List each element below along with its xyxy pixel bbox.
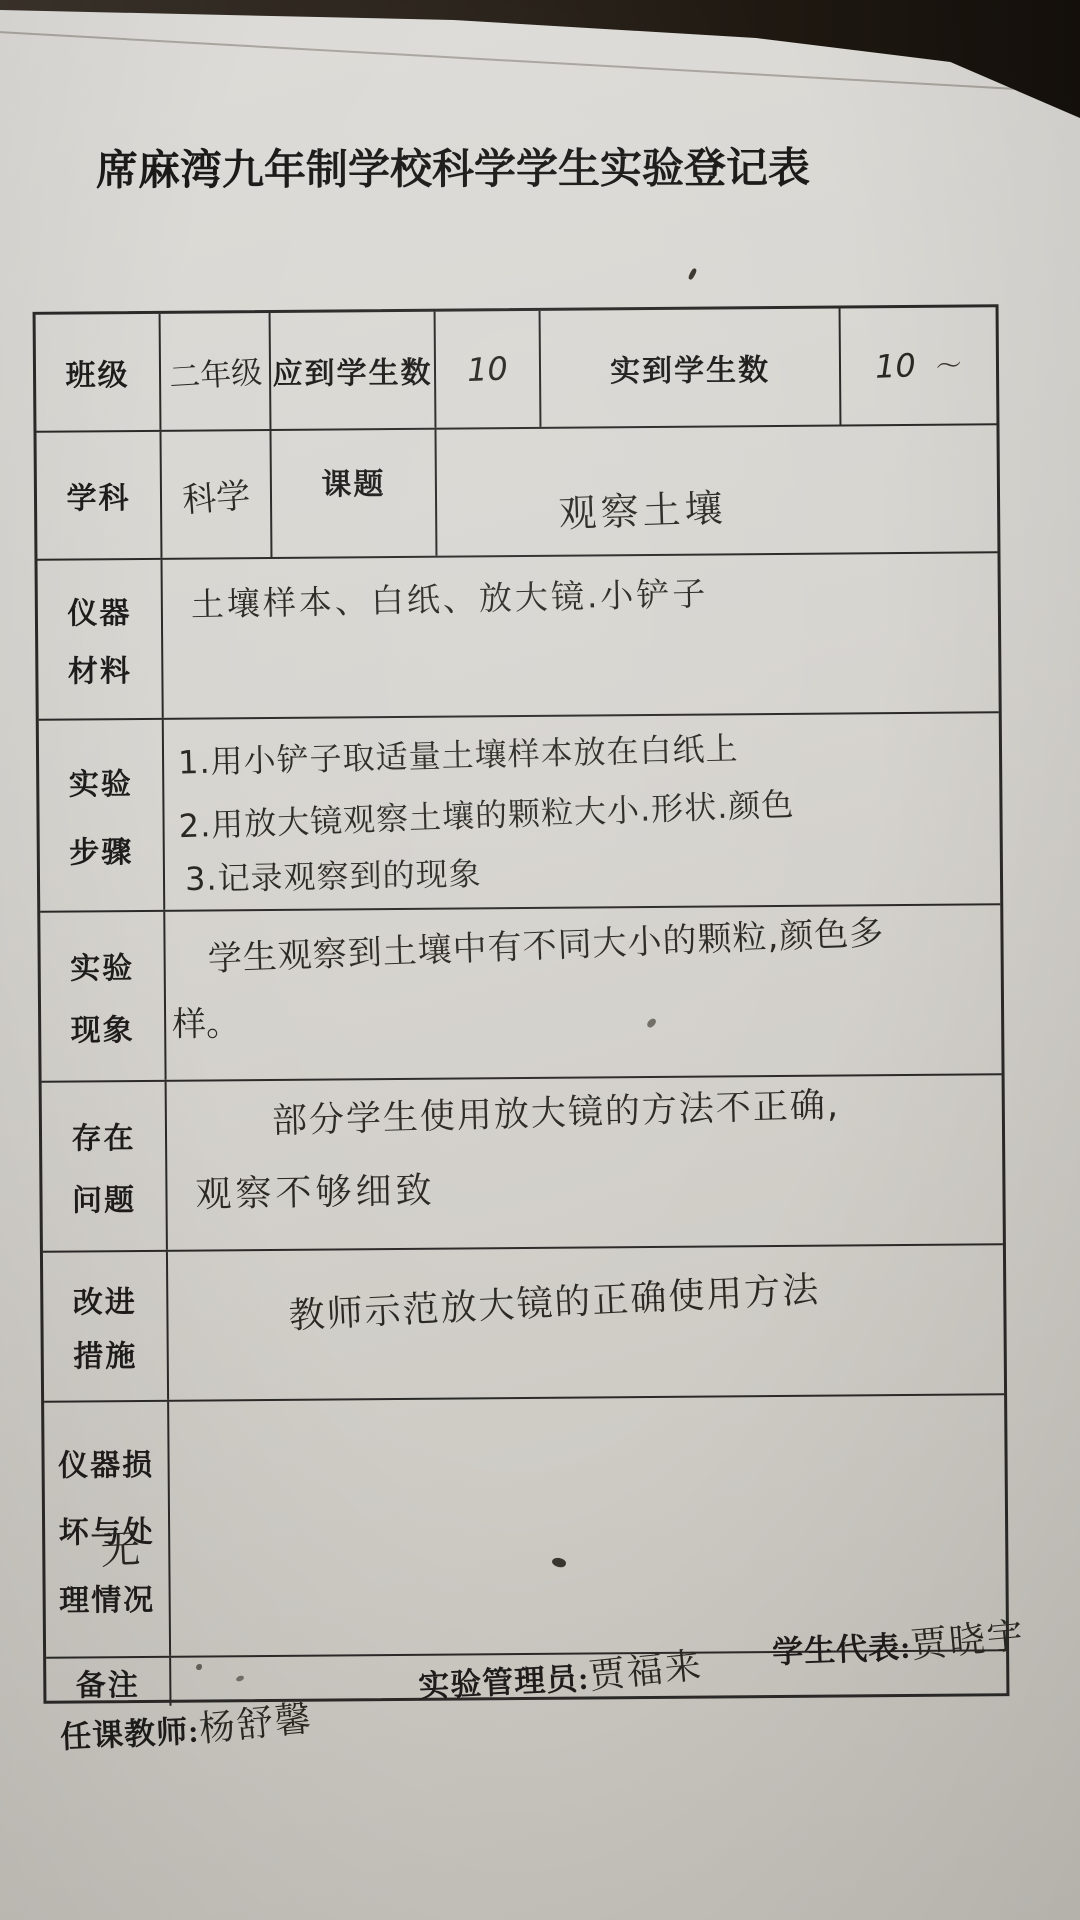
steps-value-cell: 1.用小铲子取适量土壤样本放在白纸上 2.用放大镜观察土壤的颗粒大小.形状.颜色… [164,713,1000,910]
actual-students-label-cell: 实到学生数 [541,308,842,426]
remarks-label: 备注 [76,1660,140,1705]
topic-value-cell: 观察土壤 [436,425,997,555]
class-value-handwriting: 二年级 [167,346,263,397]
student-representative-signature: 学生代表:贾晓宇 [771,1613,1026,1674]
subject-value-handwriting: 科学 [180,467,252,521]
teacher-label: 任课教师: [60,1713,201,1754]
ink-speck [687,268,697,281]
row-materials: 仪器 材料 土壤样本、白纸、放大镜.小铲子 [38,553,999,721]
phenomena-line1: 学生观察到土壤中有不同大小的颗粒,颜色多 [165,905,885,982]
row-steps: 实验 步骤 1.用小铲子取适量土壤样本放在白纸上 2.用放大镜观察土壤的颗粒大小… [39,713,1000,913]
student-representative-name-handwriting: 贾晓宇 [909,1607,1027,1668]
problems-value-cell: 部分学生使用放大镜的方法不正确, 观察不够细致 [167,1075,1003,1250]
step-3: 3.记录观察到的现象 [178,844,482,910]
topic-label: 课题 [321,459,385,504]
actual-students-label: 实到学生数 [610,345,770,390]
materials-label-cell: 仪器 材料 [38,560,164,719]
student-representative-label: 学生代表: [772,1630,913,1670]
subject-value-cell: 科学 [161,431,272,558]
teacher-name-handwriting: 杨舒馨 [197,1690,315,1752]
lab-manager-name-handwriting: 贾福来 [587,1637,706,1699]
lab-manager-label: 实验管理员: [418,1661,591,1704]
improvements-value-cell: 教师示范放大镜的正确使用方法 [168,1245,1004,1400]
problems-label-line2: 问题 [72,1175,136,1220]
phenomena-label-line2: 现象 [70,1005,134,1050]
expected-students-value-cell: 10 [436,311,542,428]
remarks-label-cell: 备注 [46,1658,171,1707]
materials-value-handwriting: 土壤样本、白纸、放大镜.小铲子 [190,568,708,626]
expected-students-label: 应到学生数 [272,348,432,393]
materials-label-line1: 仪器 [67,588,131,633]
damage-label-line3: 理情况 [59,1574,155,1619]
actual-students-value: 10 [874,346,916,386]
teacher-signature: 任课教师:杨舒馨 [59,1696,314,1758]
row-phenomena: 实验 现象 学生观察到土壤中有不同大小的颗粒,颜色多 样。 [40,905,1001,1083]
damage-value-cell: 无 [169,1395,1006,1656]
improvements-label-cell: 改进 措施 [43,1252,169,1401]
row-improvements: 改进 措施 教师示范放大镜的正确使用方法 [43,1245,1004,1403]
actual-students-value-cell: 10 〜 [841,307,997,424]
subject-label: 学科 [66,473,130,518]
row-problems: 存在 问题 部分学生使用放大镜的方法不正确, 观察不够细致 [42,1075,1003,1253]
class-label: 班级 [65,350,129,395]
pen-squiggle-mark: 〜 [933,343,964,383]
expected-students-label-cell: 应到学生数 [271,312,437,429]
improvements-value-handwriting: 教师示范放大镜的正确使用方法 [287,1262,821,1339]
improvements-label-line1: 改进 [73,1277,137,1322]
damage-label-line1: 仪器损 [58,1439,154,1484]
topic-value-handwriting: 观察土壤 [558,477,728,538]
phenomena-line2: 样。 [166,996,240,1046]
phenomena-value-cell: 学生观察到土壤中有不同大小的颗粒,颜色多 样。 [165,905,1001,1080]
materials-label-line2: 材料 [68,646,132,691]
paper-sheet: 席麻湾九年制学校科学学生实验登记表 班级 二年级 应到学生数 10 实到学生数 … [0,0,1080,1920]
row-class: 班级 二年级 应到学生数 10 实到学生数 10 〜 [36,307,997,433]
phenomena-label-cell: 实验 现象 [40,912,166,1081]
experiment-table: 班级 二年级 应到学生数 10 实到学生数 10 〜 学科 [33,304,1010,1704]
damage-value-handwriting: 无 [99,1517,141,1576]
class-label-cell: 班级 [36,314,162,431]
problems-line1: 部分学生使用放大镜的方法不正确, [166,1077,840,1146]
class-value-cell: 二年级 [161,313,272,430]
steps-label-cell: 实验 步骤 [39,720,165,911]
row-subject: 学科 科学 课题 观察土壤 [36,425,997,561]
improvements-label-line2: 措施 [73,1331,137,1376]
steps-label-line1: 实验 [69,759,133,804]
problems-label-line1: 存在 [71,1113,135,1158]
phenomena-label-line1: 实验 [70,943,134,988]
steps-label-line2: 步骤 [69,827,133,872]
problems-label-cell: 存在 问题 [42,1082,168,1251]
expected-students-value: 10 [466,349,508,389]
document-title: 席麻湾九年制学校科学学生实验登记表 [96,134,996,197]
materials-value-cell: 土壤样本、白纸、放大镜.小铲子 [163,553,999,718]
topic-label-cell: 课题 [271,430,437,557]
problems-line2: 观察不够细致 [167,1162,436,1218]
sheet-edge-line [0,30,1080,96]
subject-label-cell: 学科 [36,432,162,559]
